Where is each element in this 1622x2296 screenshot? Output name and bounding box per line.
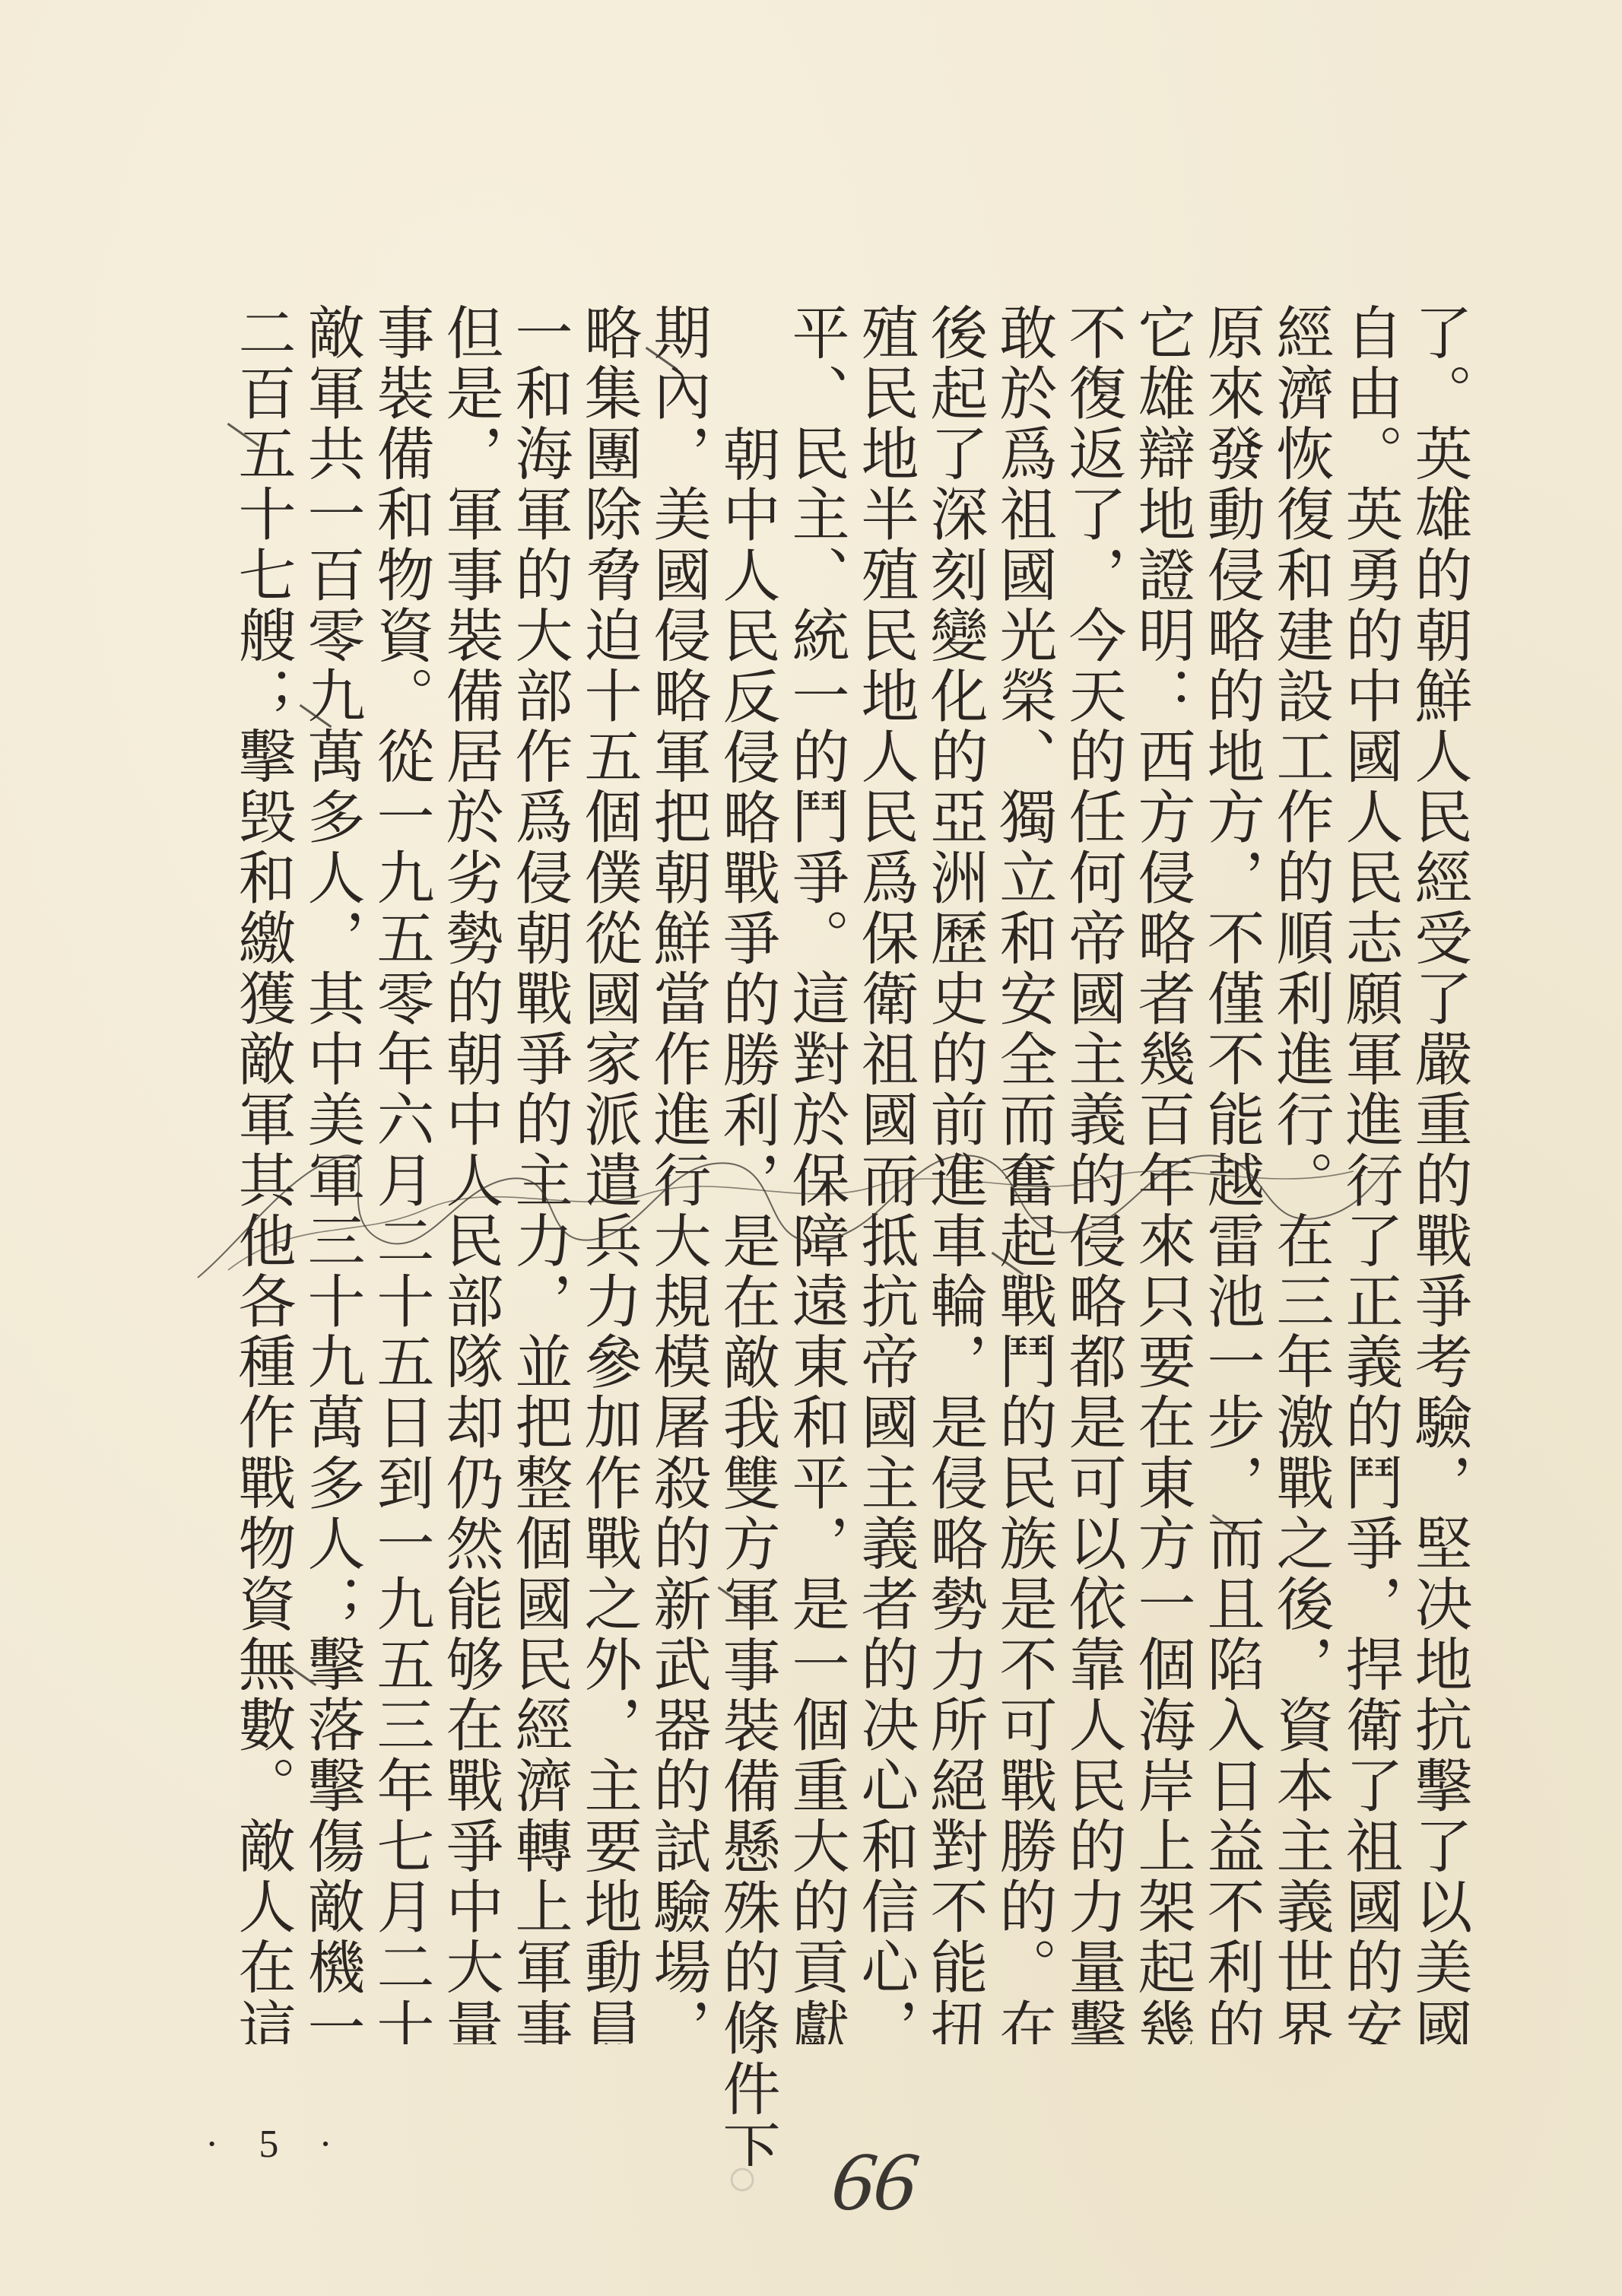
text-column-8: 後起了深刻變化的亞洲歷史的前進車輪，是侵略勢力所絕對不能扭轉的。毫無疑問，朝鮮的… (920, 303, 989, 2044)
text-column-16: 事裝備和物資。從一九五零年六月二十五日到一九五三年七月二十七日停戰時止，朝中人民… (367, 303, 436, 2044)
vertical-text-body: 了。英雄的朝鮮人民經受了嚴重的戰爭考驗，堅决地抗擊了以美國爲首的聯合國軍，保衛了… (228, 303, 1474, 2044)
text-column-13: 略集團除脅迫十五個僕從國家派遣兵力參加作戰之外，主要地動員了它自己的陸軍的三分之… (574, 303, 643, 2044)
text-column-15: 但是，軍事裝備居於劣勢的朝中人民部隊却仍然能够在戰爭中大量殲滅敵人的有生力量，大… (436, 303, 505, 2044)
faint-show-through-mark: ○ (726, 2148, 758, 2209)
text-column-17: 敵軍共一百零九萬多人，其中美軍三十九萬多人；擊落擊傷敵機一萬二千二百多架；擊沉擊… (297, 303, 367, 2044)
text-column-14: 一和海軍的大部作爲侵朝戰爭的主力，並把整個國民經濟轉上軍事軌道，以大量的軍事裝備… (505, 303, 574, 2044)
text-column-7: 敢於爲祖國光榮、獨立和安全而奮起戰鬥的民族是不可戰勝的。在第二次世界大戰後、特别… (989, 303, 1059, 2044)
text-column-1: 了。英雄的朝鮮人民經受了嚴重的戰爭考驗，堅决地抗擊了以美國爲首的聯合國軍，保衛了… (1405, 303, 1474, 2044)
text-column-18: 二百五十七艘；擊毁和繳獲敵軍其他各種作戰物資無數。敵人在這一期間運往朝鮮的作戰物… (228, 303, 297, 2044)
text-column-12: 期內，美國侵略軍把朝鮮當作進行大規模屠殺的新武器的試驗場，許多新武器都大規模地使… (643, 303, 713, 2044)
text-column-4: 原來發動侵略的地方，不僅不能越雷池一步，而且陷入日益不利的困境。這是一個具有重大… (1197, 303, 1266, 2044)
text-column-6: 不復返了，今天的任何帝國主義的侵略都是可以依靠人民的力量擊敗的。它也雄辯地證明：… (1059, 303, 1128, 2044)
handwritten-archive-number: 66 (826, 2133, 923, 2230)
text-column-5: 它雄辯地證明：西方侵略者幾百年來只要在東方一個海岸上架起幾尊大砲就可霸佔一個國家… (1128, 303, 1197, 2044)
text-column-9: 殖民地半殖民地人民爲保衛祖國而抵抗帝國主義者的决心和信心，鼓舞他們加緊地展開爭取… (851, 303, 920, 2044)
text-column-10: 平、民主、統一的鬥爭。這對於保障遠東和平，是一個重大的貢獻。 (782, 303, 851, 2044)
document-page: 了。英雄的朝鮮人民經受了嚴重的戰爭考驗，堅决地抗擊了以美國爲首的聯合國軍，保衛了… (0, 0, 1622, 2296)
text-column-11-paragraph-start: 朝中人民反侵略戰爭的勝利，是在敵我雙方軍事裝備懸殊的條件下取得的。在過去三十七個… (713, 303, 782, 2166)
page-number: · 5 · (205, 2122, 348, 2167)
text-column-2: 自由。英勇的中國人民志願軍進行了正義的鬥爭，捍衛了祖國的安全，援助了朝鮮的人民，… (1335, 303, 1405, 2044)
text-column-3: 經濟恢復和建設工作的順利進行。在三年激戰之後，資本主義世界最大工業強國的第一流軍… (1266, 303, 1335, 2044)
